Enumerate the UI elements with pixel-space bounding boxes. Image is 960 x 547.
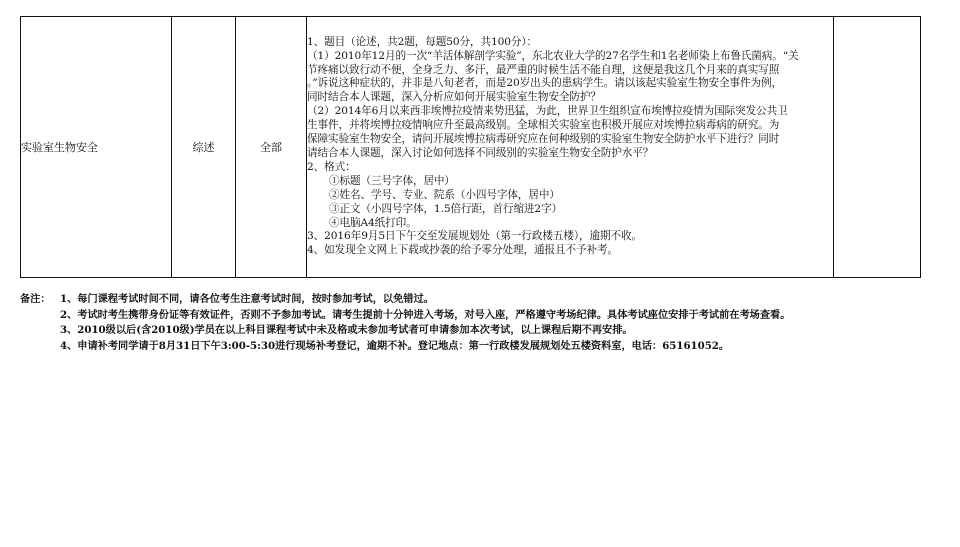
requirement-line: （1）2010年12月的一次“羊活体解剖学实验”，东北农业大学的27名学生和1名… [307,50,833,64]
exam-schedule-table: 实验室生物安全 综述 全部 1、题目（论述，共2题，每题50分，共100分）： … [20,16,921,278]
requirement-line: ③正文（小四号字体，1.5倍行距，首行缩进2字） [307,203,833,217]
requirement-line: 4、如发现全文网上下载或抄袭的给予零分处理，通报且不予补考。 [307,244,833,258]
course-name-cell: 实验室生物安全 [21,17,172,278]
note-item: 备注： 1、每门课程考试时间不同，请各位考生注意考试时间，按时参加考试，以免错过… [20,292,790,308]
table-row: 实验室生物安全 综述 全部 1、题目（论述，共2题，每题50分，共100分）： … [21,17,921,278]
note-item: 备注： 3、2010级以后(含2010级)学员在以上科目课程考试中未及格或未参加… [20,323,790,339]
exam-type-cell: 综述 [172,17,236,278]
requirement-line: 请结合本人课题，深入讨论如何选择不同级别的实验室生物安全防护水平？ [307,147,833,161]
requirement-line: 保障实验室生物安全，请问开展埃博拉病毒研究应在何种级别的实验室生物安全防护水平下… [307,133,833,147]
requirement-line: 。”诉说这种症状的，并非是八旬老者，而是20岁出头的患病学生。请以该起实验室生物… [307,77,833,91]
requirement-line: （2）2014年6月以来西非埃博拉疫情来势迅猛，为此，世界卫生组织宣布埃博拉疫情… [307,105,833,119]
requirement-line: 2、格式： [307,161,833,175]
requirements-cell: 1、题目（论述，共2题，每题50分，共100分）： （1）2010年12月的一次… [307,17,834,278]
requirement-line: ①标题（三号字体，居中） [307,175,833,189]
requirement-line: 1、题目（论述，共2题，每题50分，共100分）： [307,36,833,50]
note-text: 1、每门课程考试时间不同，请各位考生注意考试时间，按时参加考试，以免错过。 [60,292,434,308]
note-text: 4、申请补考同学请于8月31日下午3:00-5:30进行现场补考登记，逾期不补。… [60,339,729,355]
note-item: 备注： 2、考试时考生携带身份证等有效证件，否则不予参加考试。请考生提前十分钟进… [20,308,790,324]
requirement-line: ②姓名、学号、专业、院系（小四号字体，居中） [307,189,833,203]
empty-cell [834,17,921,278]
requirement-line: 节疼痛以致行动不便，全身乏力、多汗，最严重的时候生活不能自理，这便是我这几个月来… [307,64,833,78]
requirement-line: 3、2016年9月5日下午交至发展规划处（第一行政楼五楼），逾期不收。 [307,230,833,244]
note-text: 2、考试时考生携带身份证等有效证件，否则不予参加考试。请考生提前十分钟进入考场，… [60,308,790,324]
requirement-line: 生事件，并将埃博拉疫情响应升至最高级别。全球相关实验室也积极开展应对埃博拉病毒病… [307,119,833,133]
scope-cell: 全部 [236,17,307,278]
note-text: 3、2010级以后(含2010级)学员在以上科目课程考试中未及格或未参加考试者可… [60,323,633,339]
requirement-line: 同时结合本人课题，深入分析应如何开展实验室生物安全防护？ [307,91,833,105]
requirement-line: ④电脑A4纸打印。 [307,217,833,231]
note-item: 备注： 4、申请补考同学请于8月31日下午3:00-5:30进行现场补考登记，逾… [20,339,790,355]
notes-section: 备注： 1、每门课程考试时间不同，请各位考生注意考试时间，按时参加考试，以免错过… [20,292,790,354]
notes-label: 备注： [20,292,60,308]
